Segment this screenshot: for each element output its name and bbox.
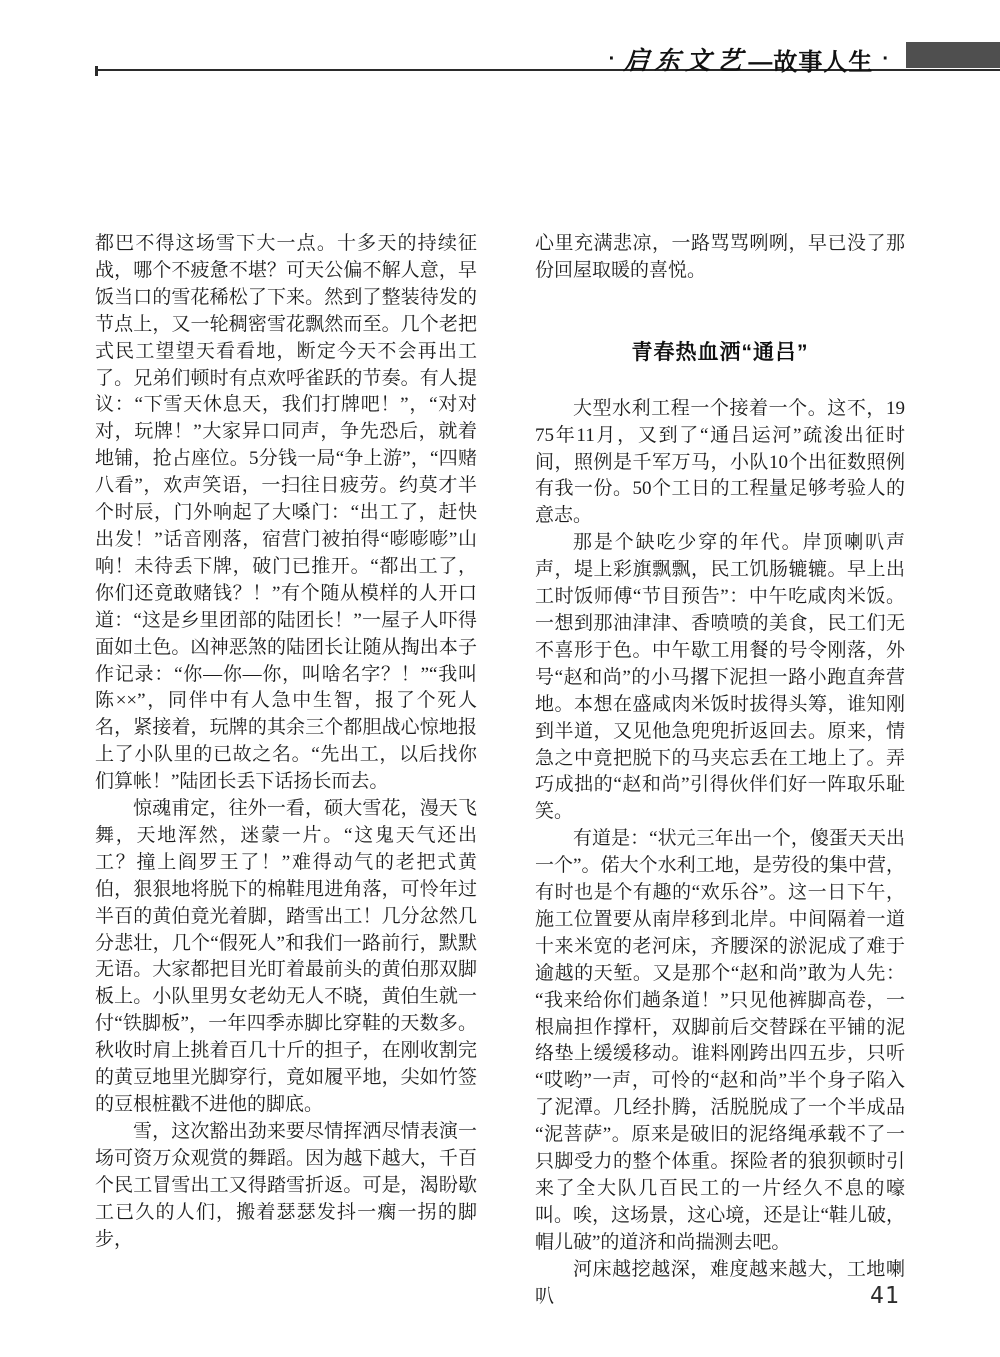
paragraph: 河床越挖越深，难度越来越大，工地喇叭 (535, 1257, 905, 1311)
magazine-page: · 启东文艺 —故事人生 · 都巴不得这场雪下大一点。十多天的持续征战，哪个不疲… (0, 0, 1000, 1357)
magazine-name: 启东文艺 (623, 41, 750, 77)
page-header: · 启东文艺 —故事人生 · (600, 41, 898, 77)
paragraph: 大型水利工程一个接着一个。这不，1975年11月，又到了“通吕运河”疏浚出征时间… (535, 396, 905, 531)
article-body: 都巴不得这场雪下大一点。十多天的持续征战，哪个不疲惫不堪？可天公偏不解人意，早饭… (95, 231, 905, 1311)
left-column: 都巴不得这场雪下大一点。十多天的持续征战，哪个不疲惫不堪？可天公偏不解人意，早饭… (95, 231, 477, 1311)
right-column: 心里充满悲凉，一路骂骂咧咧，早已没了那份回屋取暖的喜悦。 青春热血洒“通吕” 大… (535, 231, 905, 1311)
page-number: 41 (870, 1283, 900, 1309)
section-heading: 青春热血洒“通吕” (535, 340, 905, 367)
paragraph: 雪，这次豁出劲来要尽情挥洒尽情表演一场可资万众观赏的舞蹈。因为越下越大，千百个民… (95, 1119, 477, 1254)
paragraph: 那是个缺吃少穿的年代。岸顶喇叭声声，堤上彩旗飘飘，民工饥肠辘辘。早上出工时饭师傅… (535, 530, 905, 826)
paragraph: 心里充满悲凉，一路骂骂咧咧，早已没了那份回屋取暖的喜悦。 (535, 231, 905, 285)
paragraph: 惊魂甫定，往外一看，硕大雪花，漫天飞舞，天地浑然，迷蒙一片。“这鬼天气还出工？撞… (95, 796, 477, 1119)
section-name: —故事人生 (748, 42, 873, 77)
corner-block (906, 42, 1000, 68)
header-left-dot: · (609, 48, 616, 71)
header-right-dot: · (882, 48, 889, 71)
paragraph: 都巴不得这场雪下大一点。十多天的持续征战，哪个不疲惫不堪？可天公偏不解人意，早饭… (95, 231, 477, 796)
paragraph: 有道是：“状元三年出一个，傻蛋天天出一个”。偌大个水利工地，是劳役的集中营，有时… (535, 826, 905, 1257)
header-rule-tick (95, 66, 98, 76)
